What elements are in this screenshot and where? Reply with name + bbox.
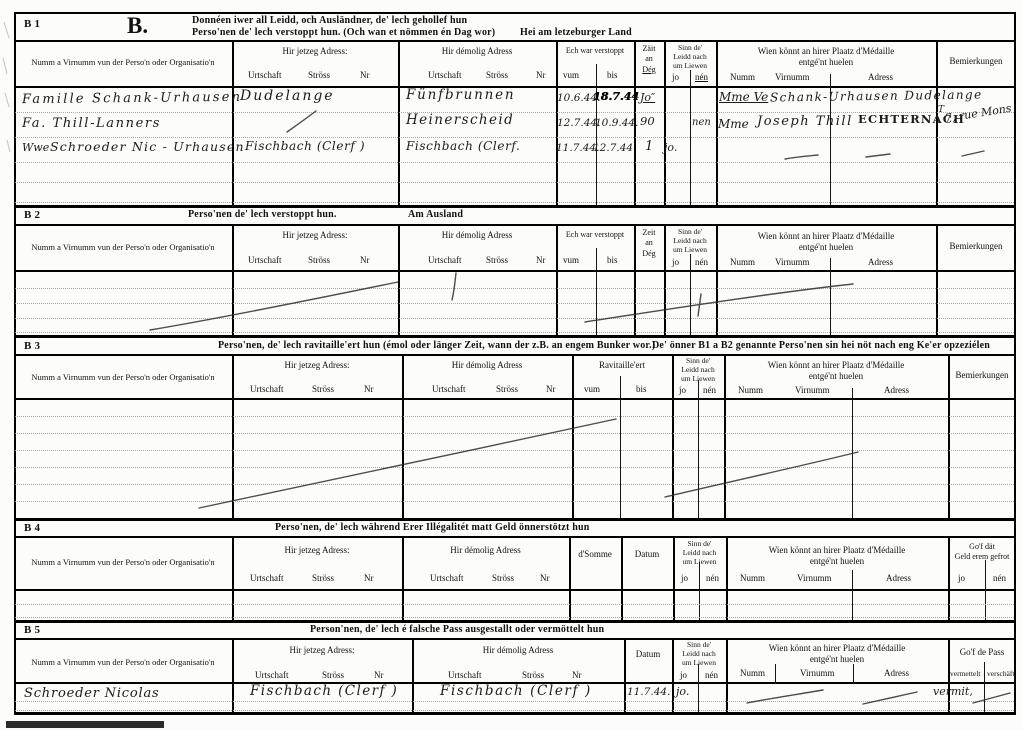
sub-w-adress: Adress	[868, 73, 893, 82]
sub-nr: Nr	[536, 71, 546, 80]
col-wien-l1: Wien könnt an hirer Plaatz d'Médaille	[724, 361, 948, 370]
sub-nen: nén	[705, 671, 718, 680]
col-bemierkungen-header: Bemierkungen	[936, 242, 1016, 251]
sub-stross: Ströss	[492, 574, 514, 583]
sub-nen: nén	[993, 574, 1006, 583]
pen-dash-b1r3-1	[785, 155, 818, 159]
col-numm-header: Numm a Virnumm vun der Perso'n oder Orga…	[16, 658, 230, 667]
sub-nen: nén	[695, 258, 708, 267]
col-jetzeg-header: Hir jetzeg Adress:	[232, 47, 398, 56]
section-b1-title-1: Donnéen iwer all Leidd, och Ausländner, …	[192, 16, 467, 26]
rule-v	[853, 664, 854, 684]
pen-slash-b1r2	[287, 111, 316, 132]
col-numm-header: Numm a Virnumm vun der Perso'n oder Orga…	[16, 558, 230, 567]
sub-urtschaft: Urtschaft	[255, 671, 289, 680]
col-echwar-header: Ech war verstoppt	[556, 231, 634, 239]
col-numm-header: Numm a Virnumm vun der Perso'n oder Orga…	[16, 373, 230, 382]
col-sinn-l2: Leidd nach	[664, 237, 716, 245]
col-bemierkungen-header: Bemierkungen	[936, 57, 1016, 66]
hw-b5r1-jetzeg: Fischbach (Clerf )	[250, 685, 398, 699]
sub-w-virnumm: Virnumm	[795, 386, 829, 395]
col-demolig-header: Hir démolig Adress	[412, 646, 624, 655]
col-gof-geld-l1: Go'f dät	[948, 543, 1016, 551]
rule-v	[690, 254, 691, 335]
hw-b1r2-vum: 12.7.44.	[557, 118, 600, 129]
sub-w-numm: Numm	[740, 669, 765, 678]
sub-nr: Nr	[546, 385, 556, 394]
hw-b1r2-bis: 10.9.44.	[595, 118, 638, 129]
dotted-rule	[15, 701, 1014, 702]
sub-urtschaft: Urtschaft	[430, 574, 464, 583]
sub-nen: nén	[706, 574, 719, 583]
col-sinn-l2: Leidd nach	[672, 650, 726, 658]
sub-vum: vum	[563, 71, 579, 80]
rule-v	[984, 662, 985, 712]
sub-w-virnumm: Virnumm	[775, 258, 809, 267]
col-sinn-l1: Sinn de'	[672, 641, 726, 649]
sub-jo: jo	[680, 671, 687, 680]
sub-jo: jo	[672, 258, 679, 267]
dotted-rule	[15, 484, 1014, 485]
sub-urtschaft: Urtschaft	[248, 256, 282, 265]
hw-b1r2-name: Fa. Thill-Lanners	[22, 117, 161, 130]
sub-w-virnumm: Virnumm	[775, 73, 809, 82]
sub-urtschaft: Urtschaft	[250, 574, 284, 583]
sub-urtschaft: Urtschaft	[448, 671, 482, 680]
col-jetzeg-header: Hir jetzeg Adress:	[232, 546, 402, 555]
sub-urtschaft: Urtschaft	[432, 385, 466, 394]
rule-h	[14, 40, 1016, 42]
hw-b1r3-zeit: 1	[645, 140, 653, 153]
col-wien-l2: entgé'nt huelen	[724, 372, 948, 381]
rule-v	[232, 354, 234, 518]
hw-b1r1-demolig: Fünfbrunnen	[406, 89, 515, 103]
col-ravitailleert-header: Ravitaille'ert	[572, 361, 672, 370]
sub-stross: Ströss	[312, 385, 334, 394]
col-wien-l2: entgé'nt huelen	[726, 557, 948, 566]
col-jetzeg-header: Hir jetzeg Adress:	[232, 646, 412, 655]
sub-jo: jo	[679, 386, 686, 395]
margin-mark	[5, 93, 9, 107]
rule-h	[14, 518, 1016, 521]
sub-stross: Ströss	[522, 671, 544, 680]
col-sinn-l3: um Liewen	[664, 246, 716, 254]
rule-v	[852, 388, 853, 518]
rule-v	[596, 248, 597, 335]
col-jetzeg-header: Hir jetzeg Adress:	[232, 361, 402, 370]
sub-w-numm: Numm	[738, 386, 763, 395]
col-demolig-header: Hir démolig Adress	[402, 361, 572, 370]
rule-v	[830, 258, 831, 335]
col-sinn-l3: um Liewen	[672, 375, 724, 383]
dotted-rule	[15, 318, 1014, 319]
sub-w-virnumm: Virnumm	[797, 574, 831, 583]
col-jetzeg-header: Hir jetzeg Adress:	[232, 231, 398, 240]
col-dsomme-header: d'Somme	[569, 550, 621, 559]
hw-b1r1-name: Famille Schank-Urhausen	[22, 91, 242, 106]
hw-b1r3-demolig: Fischbach (Clerf.	[406, 140, 520, 152]
section-b3-label: B 3	[24, 341, 40, 352]
section-b4-label: B 4	[24, 523, 40, 534]
sub-nr: Nr	[374, 671, 384, 680]
sub-nen: nén	[695, 73, 708, 82]
section-b4-title-1: Perso'nen, de' lech während Erer Illégal…	[275, 523, 590, 533]
pen-dash-b1r3-2	[866, 154, 890, 157]
dotted-rule	[15, 162, 1014, 163]
sub-vermettelt: vermettelt	[950, 670, 980, 678]
hw-b1r1-wien-a: Mme Ve	[719, 91, 768, 103]
sub-stross: Ströss	[486, 256, 508, 265]
rule-h	[14, 335, 1016, 338]
sub-w-numm: Numm	[730, 258, 755, 267]
pen-stroke-b2-v2	[698, 294, 701, 316]
col-zeit-l2: an	[634, 239, 664, 247]
col-sinn-l2: Leidd nach	[664, 53, 716, 61]
col-sinn-l3: um Liewen	[664, 62, 716, 70]
hw-b5r1-name: Schroeder Nicolas	[24, 687, 159, 700]
dotted-rule	[15, 467, 1014, 468]
pen-curve-b3-2	[665, 452, 858, 497]
scanned-form-page: B 1 B. Donnéen iwer all Leidd, och Auslä…	[0, 0, 1023, 730]
col-datum-header: Datum	[621, 550, 673, 559]
dotted-rule	[15, 303, 1014, 304]
rule-h	[14, 205, 1016, 208]
rule-v	[699, 562, 700, 620]
sub-verschaeft: verschäft	[987, 670, 1014, 678]
sub-bis: bis	[607, 256, 618, 265]
col-zeit-l3: Dég	[634, 66, 664, 74]
section-b1-title-2: Perso'nen de' lech verstoppt hun. (Och w…	[192, 28, 495, 38]
rule-v	[1014, 12, 1016, 712]
sub-urtschaft: Urtschaft	[428, 71, 462, 80]
sub-stross: Ströss	[496, 385, 518, 394]
section-b2-label: B 2	[24, 210, 40, 221]
section-b1-title-3: Hei am letzeburger Land	[520, 28, 632, 38]
hw-b5r1-demolig: Fischbach (Clerf )	[440, 685, 592, 699]
section-b5-title-1: Person'nen, de' lech é falsche Pass ausg…	[310, 625, 604, 635]
col-gof-geld-l2: Geld erem gefrot	[948, 553, 1016, 561]
col-zeit-l3: Dég	[634, 250, 664, 258]
sub-nr: Nr	[360, 256, 370, 265]
margin-mark	[3, 58, 7, 74]
margin-mark	[4, 22, 9, 38]
sub-w-adress: Adress	[868, 258, 893, 267]
rule-h	[14, 86, 1016, 88]
sub-jo: jo	[672, 73, 679, 82]
col-bemierkungen-header: Bemierkungen	[948, 371, 1016, 380]
col-sinn-l1: Sinn de'	[672, 357, 724, 365]
col-gof-pass-header: Go'f de Pass	[948, 648, 1016, 657]
sub-stross: Ströss	[322, 671, 344, 680]
dotted-rule	[15, 202, 1014, 203]
rule-h	[14, 638, 1016, 640]
hw-b1r2-wien-d: 7, rue Mons	[944, 103, 1012, 124]
section-b2-title-2: Am Ausland	[408, 210, 463, 220]
hw-b1r2-wien-a: Mme	[718, 118, 749, 130]
sub-stross: Ströss	[486, 71, 508, 80]
col-wien-l2: entgé'nt huelen	[716, 243, 936, 252]
hw-b1r2-wien-b: Joseph Thill	[757, 115, 853, 128]
section-b3-title-1: Perso'nen, de' lech ravitaille'ert hun (…	[218, 341, 655, 351]
col-echwar-header: Ech war verstoppt	[556, 47, 634, 55]
rule-v	[398, 40, 400, 205]
rule-v	[698, 380, 699, 518]
sub-w-virnumm: Virnumm	[800, 669, 834, 678]
col-sinn-l2: Leidd nach	[673, 549, 726, 557]
dotted-rule	[15, 604, 1014, 605]
sub-nr: Nr	[536, 256, 546, 265]
hw-b1r3-prefix: Wwe	[22, 142, 49, 153]
col-sinn-l1: Sinn de'	[664, 44, 716, 52]
col-sinn-l2: Leidd nach	[672, 366, 724, 374]
hw-b1r1-wien-b: Schank-Urhausen Dudelange	[770, 89, 983, 104]
sub-w-adress: Adress	[884, 386, 909, 395]
sub-vum: vum	[563, 256, 579, 265]
rule-h	[14, 354, 1016, 356]
rule-v	[232, 40, 234, 205]
rule-h	[14, 620, 1016, 623]
pen-dash-b5-2	[863, 692, 917, 704]
section-b3-title-2: De' önner B1 a B2 genannte Perso'nen sin…	[652, 341, 990, 351]
rule-h	[14, 712, 1016, 715]
col-wien-l1: Wien könnt an hirer Plaatz d'Médaille	[716, 47, 936, 56]
rule-h	[14, 398, 1016, 400]
sub-nr: Nr	[572, 671, 582, 680]
col-demolig-header: Hir démolig Adress	[398, 231, 556, 240]
hw-b1r1-zeit: Jo″	[640, 92, 655, 103]
rule-h	[14, 536, 1016, 538]
sub-nr: Nr	[360, 71, 370, 80]
sub-stross: Ströss	[308, 71, 330, 80]
sub-bis: bis	[607, 71, 618, 80]
scan-artifact-bar	[6, 721, 164, 728]
sub-urtschaft: Urtschaft	[250, 385, 284, 394]
col-demolig-header: Hir démolig Adress	[398, 47, 556, 56]
col-zeit-l1: Zeit	[634, 229, 664, 237]
col-zeit-l2: an	[634, 55, 664, 63]
hw-b1r1-bis: 18.7.44	[593, 91, 639, 102]
col-sinn-l1: Sinn de'	[664, 228, 716, 236]
hw-b1r2-zeit: 90	[640, 116, 655, 128]
margin-mark	[7, 140, 10, 152]
col-numm-header: Numm a Virnumm vun der Perso'n oder Orga…	[16, 243, 230, 252]
rule-v	[569, 536, 571, 620]
rule-v	[621, 536, 623, 620]
dotted-rule	[15, 332, 1014, 333]
rule-v	[852, 570, 853, 620]
hw-b1r2-nen: nen	[692, 118, 711, 128]
col-wien-l1: Wien könnt an hirer Plaatz d'Médaille	[726, 546, 948, 555]
rule-h	[14, 12, 1016, 14]
dotted-rule	[15, 433, 1014, 434]
rule-v	[775, 664, 776, 684]
col-wien-l2: entgé'nt huelen	[726, 655, 948, 664]
hw-b1r3-name: Schroeder Nic - Urhausen	[50, 141, 245, 154]
dotted-rule	[15, 450, 1014, 451]
sub-w-adress: Adress	[886, 574, 911, 583]
col-wien-l1: Wien könnt an hirer Plaatz d'Médaille	[726, 644, 948, 653]
col-wien-l1: Wien könnt an hirer Plaatz d'Médaille	[716, 232, 936, 241]
sub-nen: nén	[703, 386, 716, 395]
hw-b1r2-demolig: Heinerscheid	[406, 114, 514, 128]
sub-bis: bis	[636, 385, 647, 394]
sub-w-numm: Numm	[730, 73, 755, 82]
sub-vum: vum	[584, 385, 600, 394]
hw-b1r3-jetzeg: Fischbach (Clerf )	[245, 140, 365, 152]
hw-b5r1-jo: jo.	[676, 686, 689, 697]
sub-jo: jo	[681, 574, 688, 583]
hw-b1r3-bis: 12.7.44	[593, 143, 633, 154]
sub-w-numm: Numm	[740, 574, 765, 583]
dotted-rule	[15, 288, 1014, 289]
hw-b1r1-jetzeg: Dudelange	[240, 89, 335, 103]
rule-v	[620, 376, 621, 518]
hw-b5r1-datum: 11.7.44.	[627, 687, 670, 698]
section-b2-title-1: Perso'nen de' lech verstoppt hun.	[188, 210, 337, 220]
col-zeit-l1: Zäit	[634, 45, 664, 53]
dotted-rule	[15, 617, 1014, 618]
rule-v	[402, 354, 404, 518]
col-sinn-l3: um Liewen	[672, 659, 726, 667]
rule-h	[14, 589, 1016, 591]
sub-stross: Ströss	[312, 574, 334, 583]
pen-stroke-b2-v1	[452, 273, 456, 300]
rule-v	[14, 12, 16, 712]
dotted-rule	[15, 416, 1014, 417]
sub-nr: Nr	[364, 385, 374, 394]
section-b1-label: B 1	[24, 19, 40, 30]
col-demolig-header: Hir démolig Adress	[402, 546, 569, 555]
sub-nr: Nr	[540, 574, 550, 583]
section-b1-big-letter: B.	[127, 14, 148, 37]
sub-nr: Nr	[364, 574, 374, 583]
rule-h	[14, 270, 1016, 272]
section-b5-label: B 5	[24, 625, 40, 636]
dotted-rule	[15, 137, 1014, 138]
dotted-rule	[15, 182, 1014, 183]
col-numm-header: Numm a Virnumm vun der Perso'n oder Orga…	[16, 58, 230, 67]
rule-v	[572, 354, 574, 518]
col-wien-l2: entgé'nt huelen	[716, 58, 936, 67]
rule-v	[698, 664, 699, 712]
sub-urtschaft: Urtschaft	[428, 256, 462, 265]
dotted-rule	[15, 501, 1014, 502]
hw-b5r1-vermettelt: vermit,	[933, 686, 973, 697]
hw-b1r3-jo: jo.	[664, 142, 677, 153]
rule-h	[14, 224, 1016, 226]
pen-dash-b1r3-3	[962, 151, 984, 156]
rule-v	[596, 64, 597, 205]
sub-w-adress: Adress	[884, 669, 909, 678]
col-sinn-l3: um Liewen	[673, 558, 726, 566]
dotted-rule	[15, 710, 1014, 711]
pen-curve-b2-1	[150, 282, 398, 330]
sub-jo: jo	[958, 574, 965, 583]
sub-stross: Ströss	[308, 256, 330, 265]
sub-urtschaft: Urtschaft	[248, 71, 282, 80]
col-datum-header: Datum	[624, 650, 672, 659]
rule-v	[985, 560, 986, 620]
col-sinn-l1: Sinn de'	[673, 540, 726, 548]
